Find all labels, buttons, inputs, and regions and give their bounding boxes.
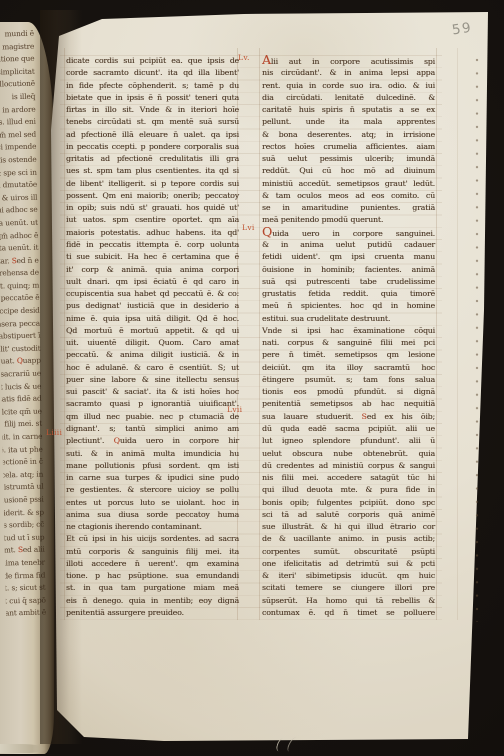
text-line: abilit' custodit: [0, 342, 46, 356]
text-line: suā qsi putrescenti tabe crudelissime: [262, 276, 435, 288]
text-line: pequit. in carne: [2, 430, 48, 444]
manuscript-photo: { "page": { "folio_number": "59", "descr…: [0, 0, 504, 756]
text-line: ntione que: [0, 53, 41, 67]
text-line: uelut obscura nube obtenebrūt. quia: [262, 448, 435, 460]
text-line: qm̄ adhoc ē: [0, 229, 44, 243]
text-line: suā uelut pessimis ulcerib; imundā: [262, 153, 435, 165]
text-line: llocutionē: [0, 78, 41, 92]
facing-page-edge: mundi ēmagistre &ntione quesimplicitatll…: [0, 22, 54, 754]
text-line: ti sue subicit. Ha hec ē certamina que ē: [66, 251, 239, 263]
text-line: mtū corporis & sanguinis filij mei. ita: [66, 546, 239, 558]
rubric-initial: Q: [17, 356, 23, 365]
text-line: qui illud deuota mte. & pura fide in: [262, 484, 435, 496]
text-line: illusionē pssi: [4, 493, 50, 507]
text-line: ita uenūt. it': [0, 242, 45, 256]
text-line: sui pascit' & saciat'. ita & isti hoīes …: [66, 386, 239, 398]
text-line: dignant'. s; tantū simplici animo am: [66, 423, 239, 435]
text-line: in anima tenebr': [5, 556, 51, 570]
text-line: reddūt. Qui cū hoc mō ad diuinum: [262, 165, 435, 177]
text-line: sui. asera pecca: [0, 317, 46, 331]
text-line: pequat. Quapp: [1, 355, 47, 369]
text-line: ipsis ostende: [0, 153, 43, 167]
text-line: rent. quia in corde suo ira. odio. & iui: [262, 80, 435, 92]
ruling-line-left-column-left: [64, 48, 65, 620]
text-line: & tam oculos meos ad eos comito. cū: [262, 190, 435, 202]
rubric-initial: Q: [262, 224, 272, 239]
text-line: firtas in illo sit. Vnde & in iteriori h…: [66, 104, 239, 116]
text-line: scitati temere se ciungere illori pre: [262, 582, 435, 594]
text-line: deiciūt. qm ita illoy sacramtū hoc: [262, 362, 435, 374]
text-line: uet cui q̄ sapō: [6, 594, 52, 608]
text-line: in fide pfecte cōphenderit. s; tamē p du: [66, 80, 239, 92]
text-line: in peccatis ccepti. p pondere corporalis…: [66, 141, 239, 153]
text-line: m cela. atq; in: [3, 468, 49, 482]
rubric-initial: A: [262, 52, 271, 67]
text-line: i in dmutatōe: [0, 179, 43, 193]
text-line: in opib; suis ndū st' grauati. hos quidē…: [66, 202, 239, 214]
chapter-number-mark: Lvii: [227, 405, 242, 414]
text-line: eis n̄ denego. quia in mentib; eoy dignā: [66, 595, 239, 607]
text-line: ētingere psumūt. s; tam fons salua: [262, 374, 435, 386]
chapter-number-mark: Liiii: [46, 428, 62, 437]
text-line: ritatis fidē ad': [1, 393, 47, 407]
text-line: anima sua diusa sorde peccatoy huma: [66, 509, 239, 521]
text-line: sūpserūt. Ha homo qui tā rebellis &: [262, 595, 435, 607]
text-line: meā penitendo pmodū querunt.: [262, 214, 435, 226]
text-line: estitui. sua crudelitate destruunt.: [262, 313, 435, 325]
text-line: ōuisione in hominib; facientes. animā: [262, 264, 435, 276]
text-line: maioris potestatis. adhuc habens. ita qd…: [66, 227, 239, 239]
text-line: dict. quinq; m: [0, 279, 45, 293]
text-line: contumax ē. qd n̄ timet se polluere: [262, 607, 435, 619]
text-column-left: dicate cordis sui pcipiūt ea. que ipsis …: [66, 55, 239, 619]
text-line: pellunt. unde ita mala apprentes: [262, 116, 435, 128]
text-line: o. & spe sci in: [0, 166, 43, 180]
text-line: tione. p hac psūptione. sua emundandi: [66, 570, 239, 582]
text-line: suti. & in animā multa imundicia hu: [66, 448, 239, 460]
text-line: os abstipuert ī: [0, 330, 46, 344]
facing-page-text-fragments: mundi ēmagistre &ntione quesimplicitatll…: [0, 28, 52, 621]
text-column-right: Alii aut in corpore acutissimis spinis c…: [262, 55, 435, 619]
text-line: penitentiā semetipsos ab hac nequitiā: [262, 398, 435, 410]
ruling-line-right-column-right: [436, 48, 437, 620]
text-line: Et cū ipsi in his uicijs sordentes. ad s…: [66, 533, 239, 545]
text-line: nati. corpus & sanguinē filii mei pci: [262, 337, 435, 349]
text-line: sua lauare studuerit. Sed ex his ōib;: [262, 411, 435, 423]
text-line: entes ut porcus luto se uiolant. hoc in: [66, 497, 239, 509]
text-line: ita uenūt. ut: [0, 216, 44, 230]
text-line: dū quda eadē sacma pcipiūt. alii ue: [262, 423, 435, 435]
text-line: grustatis fetida reddit. quia timorē: [262, 288, 435, 300]
text-line: qui adhoc se: [0, 204, 44, 218]
text-line: port lucis & ue: [1, 380, 47, 394]
text-line: bonis opib; fulgentes pcipiūt. dono spc: [262, 497, 435, 509]
text-line: Alii aut in corpore acutissimis spi: [262, 55, 435, 67]
text-line: ant ambit ē: [6, 607, 52, 621]
text-line: ym̄ mel sed': [0, 128, 42, 142]
text-line: corde sacramto dicunt'. ita qd illa libe…: [66, 67, 239, 79]
text-line: mundi ē: [0, 28, 40, 42]
text-line: ccupiscentia sua habet qd peccatū ē. & c…: [66, 288, 239, 300]
text-line: puer sine labore & sine itellectu sensus: [66, 374, 239, 386]
text-line: one ifelicitatis ad detrimtū sui & pcti: [262, 558, 435, 570]
text-line: Qd mortuū ē mortuū appetit. & qd ui: [66, 325, 239, 337]
text-line: meū n̄ spicientes. hoc qd in homine: [262, 300, 435, 312]
text-line: peccatū. & anima diligit iusticiā. & in: [66, 349, 239, 361]
text-line: no accipe desid: [0, 305, 46, 319]
ruling-line-outer-margin: [457, 48, 458, 620]
text-line: fidē in peccatis ittempta ē. corp uolunt…: [66, 239, 239, 251]
text-line: illoti accedere n̄ uerent'. qm examina: [66, 558, 239, 570]
text-line: tionis eos pmodū pfundūt. si dignā: [262, 386, 435, 398]
text-line: dū credentes ad ministiū corpus & sangui: [262, 460, 435, 472]
text-line: tenebs circūdati st. qm mentē suā sursū: [66, 116, 239, 128]
text-line: hoc ē adulanē. & caro ē csentiūt. S; ut: [66, 362, 239, 374]
text-line: ne ctagionis iherendo contaminant.: [66, 521, 239, 533]
text-line: rectos hoīes crumelia afficientes. aiam: [262, 141, 435, 153]
text-line: in fide firma fid': [5, 569, 51, 583]
rubric-initial: S: [18, 545, 23, 554]
text-line: uult dnari. qm ipsi ēciatū ē qd caro in: [66, 276, 239, 288]
text-line: ministiū accedūt. semetipsos graut' ledū…: [262, 178, 435, 190]
text-line: is illeq̄: [0, 91, 41, 105]
text-line: desiderit. & sp': [4, 506, 50, 520]
text-line: q̄ peccatōe ē: [0, 292, 46, 306]
text-line: sue illustrāt. & hi qui illud ētrario co…: [262, 521, 435, 533]
text-line: brumt. Sed alii: [5, 544, 51, 558]
text-line: dulcite qm̄ ue: [2, 405, 48, 419]
text-line: caritatē huis spiris n̄ sputatis a se ex: [262, 104, 435, 116]
text-line: gritatis ad pfectionē credulitatis illi …: [66, 153, 239, 165]
text-line: se in amaritudine punientes. gratiā: [262, 202, 435, 214]
text-line: in carne sua turpes & ipudici sine pudo: [66, 472, 239, 484]
text-line: sacramto quasi p ignorantiā uiuificant'.: [66, 398, 239, 410]
rubric-initial: S: [12, 256, 17, 265]
text-line: plectiunt'. Quida uero in corpore hir: [66, 435, 239, 447]
text-line: nūs. illud eni: [0, 116, 42, 130]
text-line: fetidi uident'. qm ipsi cruenta manu: [262, 251, 435, 263]
text-line: corpentes sumūt. obscuritatē psūpti: [262, 546, 435, 558]
text-line: a istud ut ī sup': [4, 531, 50, 545]
chapter-number-mark: Lvi: [242, 223, 255, 232]
text-line: uit. uiuentē diligit. Quom. Caro amat: [66, 337, 239, 349]
text-line: pere n̄ timēt. semetipsos qm lesione: [262, 349, 435, 361]
rubric-initial: Q: [114, 436, 120, 445]
text-line: qm illud nec puabie. nec p ctumaciā de: [66, 411, 239, 423]
chapter-number-mark: Lv.: [238, 53, 250, 62]
text-line: Vnde si ipsi hac ēxaminatione cōqui: [262, 325, 435, 337]
text-line: nis filii mei. accedere satagūt tūc hi: [262, 472, 435, 484]
text-line: penitentiā assurgere preuideo.: [66, 607, 239, 619]
text-line: prehensa de: [0, 267, 45, 281]
text-line: ue in ardore: [0, 103, 42, 117]
text-line: de libent' itelligerit. si p tepore cord…: [66, 178, 239, 190]
text-line: de sacrariū ue: [1, 368, 47, 382]
text-line: sci tā ad salutē corporis quā animē: [262, 509, 435, 521]
text-line: de & uacillante animo. in pusis actib;: [262, 533, 435, 545]
text-line: re gestientes. & stercore uicioy se poll…: [66, 484, 239, 496]
text-line: det. s; sicut st': [5, 582, 51, 596]
ruling-line-right-column-left: [259, 48, 260, 620]
text-line: ma & uiros ill': [0, 191, 43, 205]
folio-number: 59: [451, 20, 473, 39]
text-line: as filij mei. st': [2, 418, 48, 432]
facing-page-bottom-edge: [0, 744, 46, 753]
text-line: pus dedignat' iusticiā que in desiderio …: [66, 300, 239, 312]
text-line: & iteri' sibimetipsis iducūt. qm huic: [262, 570, 435, 582]
text-line: nis circūdant'. & in anima lepsi appa: [262, 67, 435, 79]
text-line: gnis sordib; cc̄: [4, 519, 50, 533]
text-line: bietate que in ipsis ē n̄ possit' teneri…: [66, 92, 239, 104]
text-line: nime ē. quia ipsa uitā diligit. Qd ē hoc…: [66, 313, 239, 325]
text-line: mane pollutionis pfusi sordent. qm isti: [66, 460, 239, 472]
text-line: & in anima uelut putidū cadauer: [262, 239, 435, 251]
text-line: mē. ita ut phe: [3, 443, 49, 457]
text-line: Quida uero in corpore sanguinei.: [262, 227, 435, 239]
text-line: it' corp & animā. quia anima corpori: [66, 264, 239, 276]
pricking-holes: [475, 58, 479, 622]
text-line: ues st. spm tam plus csentientes. ita qd…: [66, 165, 239, 177]
text-line: simplicitat: [0, 65, 41, 79]
text-line: magistre &: [0, 40, 40, 54]
text-line: ad pfectionē illā eleuare n̄ ualet. qa i…: [66, 129, 239, 141]
text-line: irrectionē in c̄: [3, 456, 49, 470]
text-line: possent. Qm eni maiorib; onerib; peccato…: [66, 190, 239, 202]
rubric-initial: S: [362, 412, 367, 421]
text-line: dia circūdati. lenitatē dulcedinē. &: [262, 92, 435, 104]
text-line: sci istrumtā ul': [3, 481, 49, 495]
text-line: & bona deserentes. atq; in irrisione: [262, 129, 435, 141]
text-line: ttar. Sed n̄ e: [0, 254, 45, 268]
text-line: sci impende: [0, 141, 42, 155]
text-line: st. in qua tam purgatione miam meā: [66, 582, 239, 594]
text-line: iut uatos. spm csentire oportet. qm aīa: [66, 214, 239, 226]
text-line: dicate cordis sui pcipiūt ea. que ipsis …: [66, 55, 239, 67]
text-line: lut igneo splendore pfundunt'. alii ū: [262, 435, 435, 447]
